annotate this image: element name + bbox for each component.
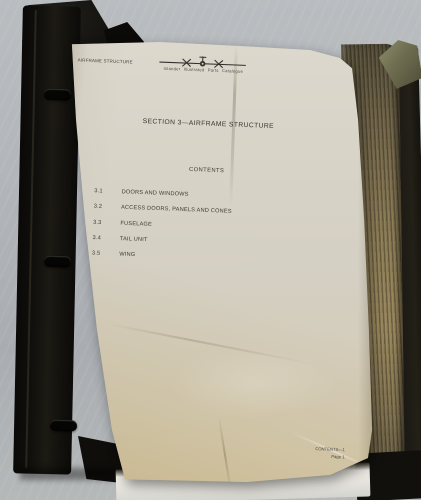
contents-number: 3.4 xyxy=(92,234,101,241)
contents-title: WING xyxy=(119,251,135,258)
contents-list: 3.1 DOORS AND WINDOWS 3.2 ACCESS DOORS, … xyxy=(49,186,370,282)
page-content: AIRFRAME STRUCTURE Islander Illustrate xyxy=(41,36,376,492)
contents-number: 3.1 xyxy=(94,187,103,194)
footer-revision: Incorporating Rev. 12 xyxy=(63,452,103,461)
contents-title: TAIL UNIT xyxy=(120,235,148,242)
footer-date: February 1982 xyxy=(64,445,104,454)
catalogue-page-wrap: AIRFRAME STRUCTURE Islander Illustrate xyxy=(0,0,421,500)
footer-issue-info: February 1982 Incorporating Rev. 12 xyxy=(63,445,103,461)
contents-title: FUSELAGE xyxy=(120,219,152,227)
contents-number: 3.5 xyxy=(92,250,101,257)
catalogue-page: AIRFRAME STRUCTURE Islander Illustrate xyxy=(56,38,374,482)
photo-open-binder: AIRFRAME STRUCTURE Islander Illustrate xyxy=(0,0,421,500)
contents-number: 3.2 xyxy=(94,203,103,210)
contents-title: DOORS AND WINDOWS xyxy=(122,188,189,197)
contents-heading: CONTENTS xyxy=(48,160,366,179)
section-title: SECTION 3—AIRFRAME STRUCTURE xyxy=(49,113,367,133)
contents-number: 3.3 xyxy=(93,218,102,225)
footer-page-ref-block: CONTENTS—1 Page 1 xyxy=(261,444,345,462)
